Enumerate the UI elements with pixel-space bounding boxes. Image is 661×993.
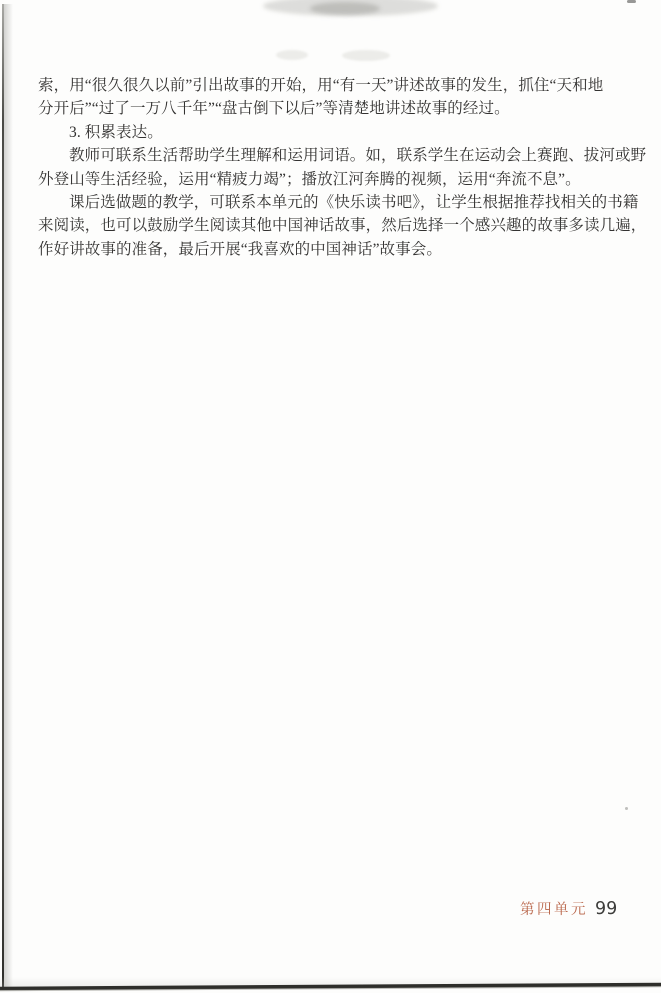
scanned-book-page: 索，用“很久很久以前”引出故事的开始，用“有一天”讲述故事的发生，抓住“天和地 … [0, 0, 661, 993]
page-bottom-edge-line [0, 979, 661, 993]
body-text-block: 索，用“很久很久以前”引出故事的开始，用“有一天”讲述故事的发生，抓住“天和地 … [38, 74, 638, 261]
footer-unit-label: 第四单元 [520, 898, 588, 919]
scan-smudge [310, 2, 380, 15]
footer-page-number: 99 [595, 899, 617, 919]
scan-smudge [276, 50, 308, 60]
paragraph-line: 来阅读，也可以鼓励学生阅读其他中国神话故事，然后选择一个感兴趣的故事多读几遍， [38, 214, 638, 237]
paragraph-line: 教师可联系生活帮助学生理解和运用词语。如，联系学生在运动会上赛跑、拔河或野 [38, 144, 638, 167]
paragraph-line: 外登山等生活经验，运用“精疲力竭”；播放江河奔腾的视频，运用“奔流不息”。 [38, 168, 638, 191]
section-heading: 3. 积累表达。 [38, 121, 638, 144]
scan-speck [625, 807, 628, 810]
paragraph-line: 课后选做题的教学，可联系本单元的《快乐读书吧》，让学生根据推荐找相关的书籍 [38, 191, 638, 214]
page-footer: 第四单元 99 [520, 898, 617, 919]
paragraph-line: 索，用“很久很久以前”引出故事的开始，用“有一天”讲述故事的发生，抓住“天和地 [38, 74, 638, 97]
scan-smudge [342, 50, 390, 61]
paragraph-line: 分开后”“过了一万八千年”“盘古倒下以后”等清楚地讲述故事的经过。 [38, 97, 638, 120]
paragraph-line: 作好讲故事的准备，最后开展“我喜欢的中国神话”故事会。 [38, 238, 638, 261]
scan-speck [627, 0, 636, 3]
page-left-edge-shadow [4, 4, 13, 988]
